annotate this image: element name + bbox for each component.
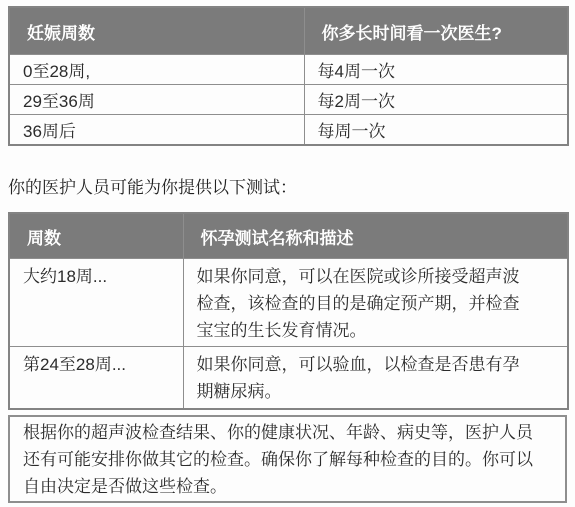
visit-weeks-cell: 29至36周: [9, 85, 304, 115]
visit-header-frequency: 你多长时间看一次医生?: [304, 7, 568, 55]
visit-frequency-cell: 每2周一次: [304, 85, 568, 115]
tests-description-cell: 如果你同意，可以验血，以检查是否患有孕 期糖尿病。: [183, 347, 568, 409]
tests-table: 周数 怀孕测试名称和描述 大约18周... 如果你同意，可以在医院或诊所接受超声…: [8, 212, 569, 410]
tests-weeks-cell: 大约18周...: [9, 259, 183, 347]
visit-frequency-cell: 每4周一次: [304, 55, 568, 85]
visit-weeks-cell: 36周后: [9, 115, 304, 146]
tests-header-row: 周数 怀孕测试名称和描述: [9, 213, 568, 259]
intro-text: 你的医护人员可能为你提供以下测试：: [8, 176, 567, 200]
tests-header-weeks: 周数: [9, 213, 183, 259]
table-row: 大约18周... 如果你同意，可以在医院或诊所接受超声波 检查，该检查的目的是确…: [9, 259, 568, 347]
visit-weeks-cell: 0至28周,: [9, 55, 304, 85]
note-box: 根据你的超声波检查结果、你的健康状况、年龄、病史等，医护人员 还有可能安排你做其…: [8, 415, 567, 503]
visit-frequency-cell: 每周一次: [304, 115, 568, 146]
tests-description-cell: 如果你同意，可以在医院或诊所接受超声波 检查，该检查的目的是确定预产期，并检查 …: [183, 259, 568, 347]
visit-header-row: 妊娠周数 你多长时间看一次医生?: [9, 7, 568, 55]
visit-header-weeks: 妊娠周数: [9, 7, 304, 55]
table-row: 36周后 每周一次: [9, 115, 568, 146]
table-row: 第24至28周... 如果你同意，可以验血，以检查是否患有孕 期糖尿病。: [9, 347, 568, 409]
table-row: 0至28周, 每4周一次: [9, 55, 568, 85]
tests-weeks-cell: 第24至28周...: [9, 347, 183, 409]
document-page: 妊娠周数 你多长时间看一次医生? 0至28周, 每4周一次 29至36周 每2周…: [0, 0, 575, 507]
table-row: 29至36周 每2周一次: [9, 85, 568, 115]
visit-frequency-table: 妊娠周数 你多长时间看一次医生? 0至28周, 每4周一次 29至36周 每2周…: [8, 6, 569, 146]
tests-header-name: 怀孕测试名称和描述: [183, 213, 568, 259]
